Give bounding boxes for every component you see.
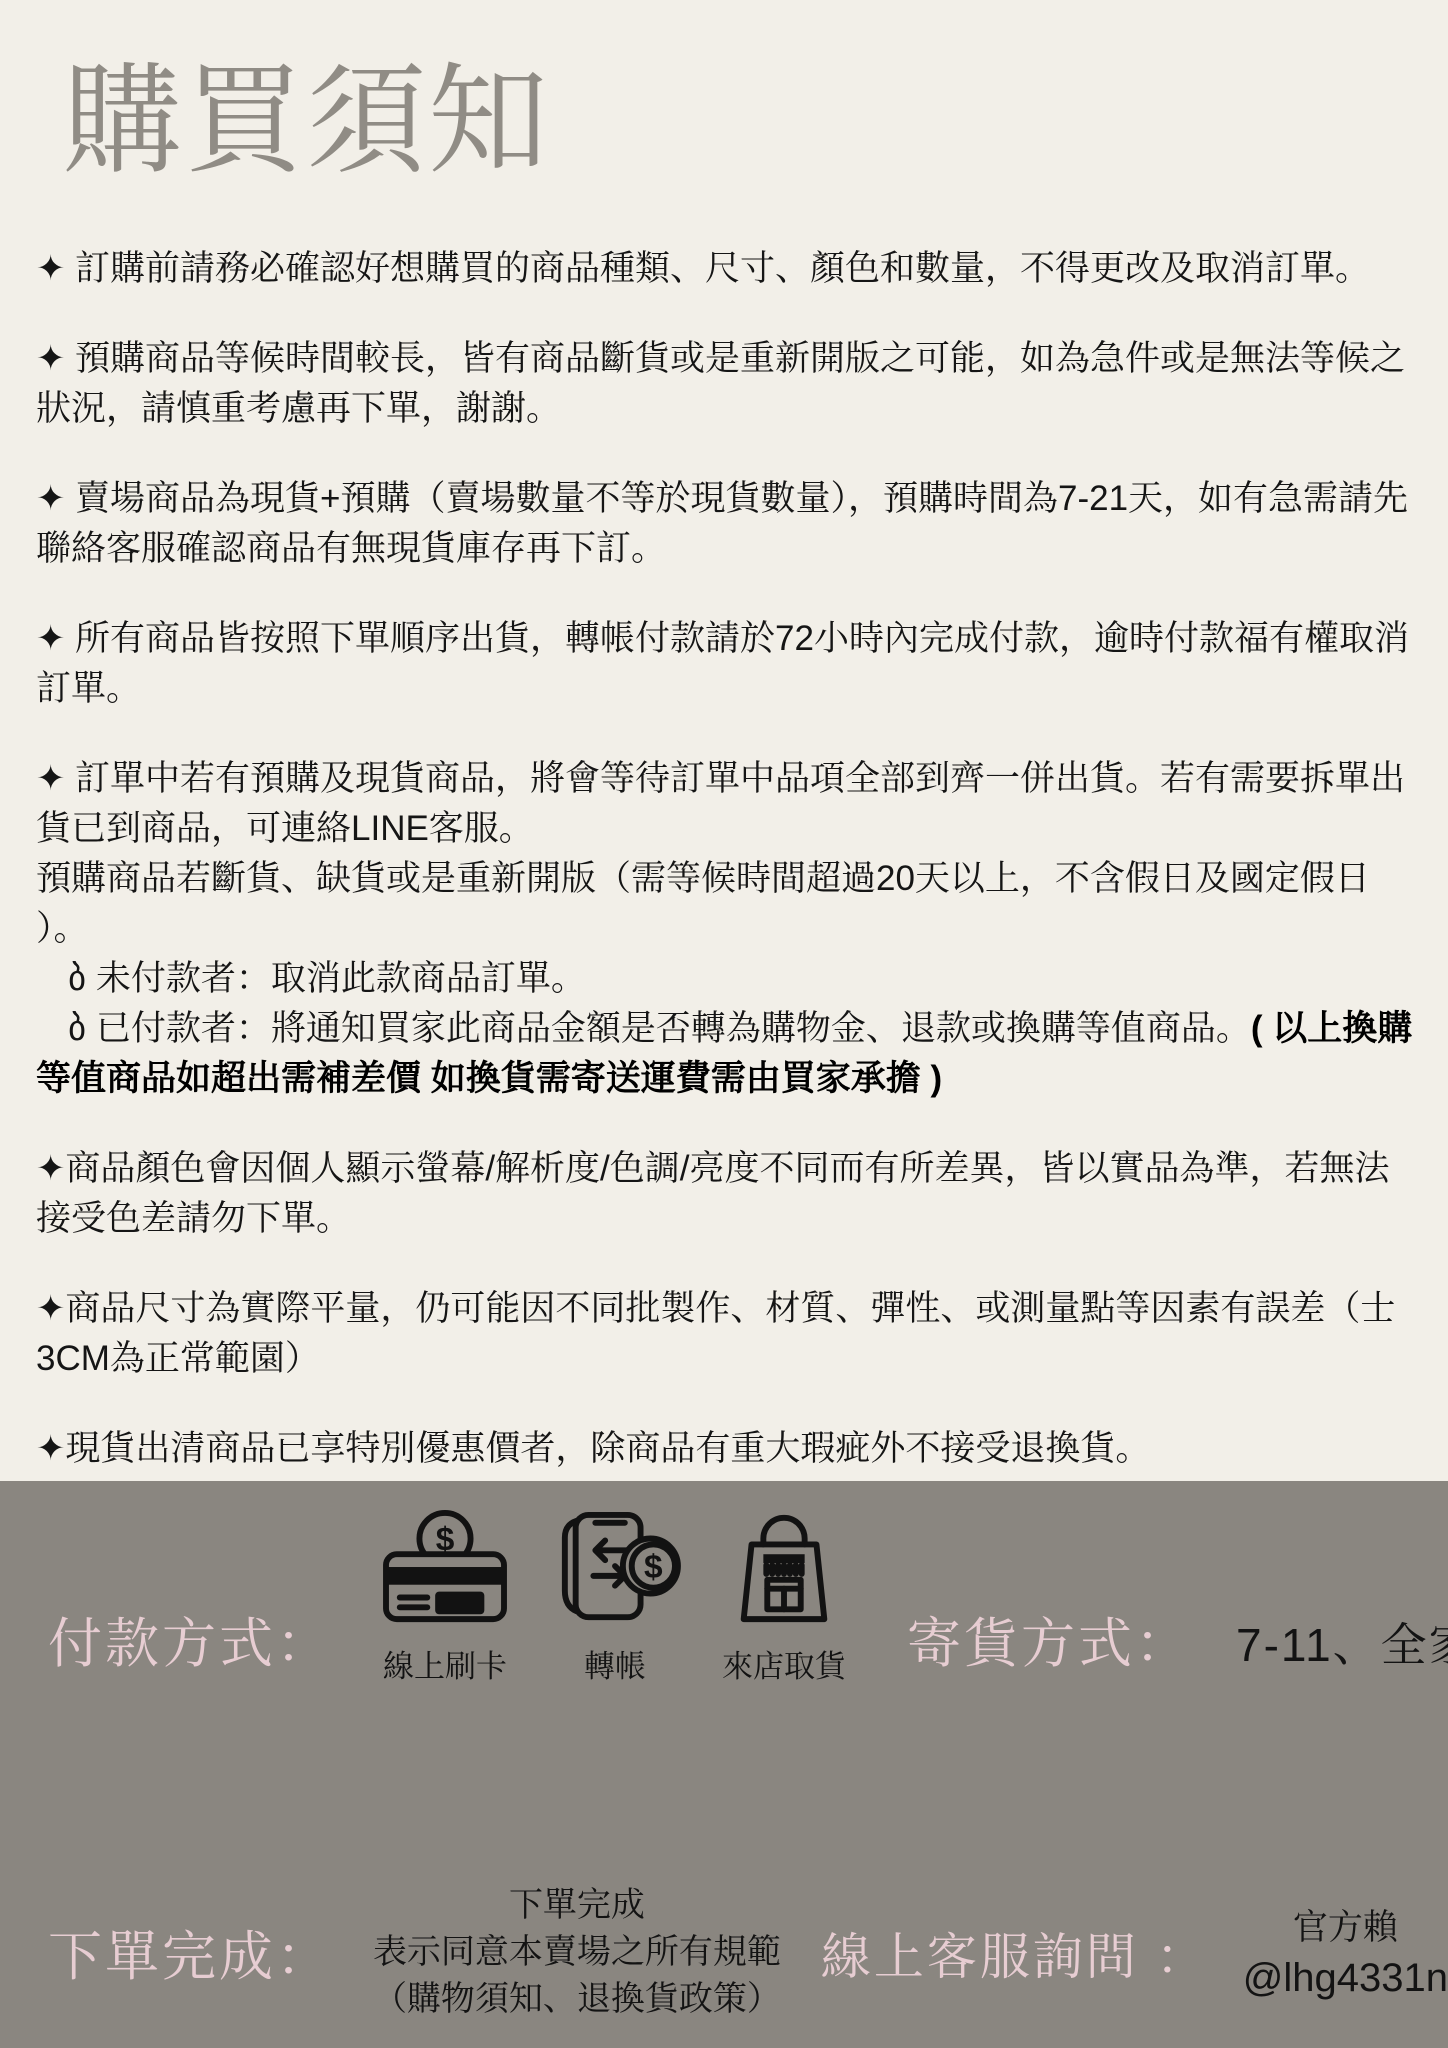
payment-method-transfer: $ 轉帳 — [545, 1509, 685, 1686]
shipping-methods-label: 寄貨方式： — [907, 1601, 1192, 1678]
notice-preorder-outofstock-line: 預購商品若斷貨、缺貨或是重新開版（需等候時間超過20天以上，不含假日及國定假日 — [36, 854, 1420, 904]
notice-content: 購買須知 ✦ 訂購前請務必確認好想購買的商品種類、尺寸、顏色和數量，不得更改及取… — [0, 0, 1448, 1474]
order-note-line: 表示同意本賣場之所有規範 — [363, 1929, 791, 1976]
bag-handle — [763, 1518, 804, 1545]
dollar-sign: $ — [644, 1549, 663, 1586]
payment-method-store-pickup: 來店取貨 — [719, 1509, 849, 1686]
order-agreement-note: 下單完成 表示同意本賣場之所有規範 （購物須知、退換貨政策） — [363, 1882, 791, 2023]
notice-stock-preorder-mix: ✦ 賣場商品為現貨+預購（賣場數量不等於現貨數量），預購時間為7-21天，如有急… — [36, 474, 1420, 574]
notice-paid-rule-text: ბ 已付款者：將通知買家此商品金額是否轉為購物金、退款或換購等值商品。 — [68, 1009, 1251, 1048]
notice-color-difference: ✦商品顏色會因個人顯示螢幕/解析度/色調/亮度不同而有所差異，皆以實品為準，若無… — [36, 1144, 1420, 1244]
line-contact: 官方賴 @lhg4331n — [1243, 1903, 1448, 2003]
phone-transfer-icon: $ — [545, 1509, 685, 1627]
awning-fringe — [766, 1565, 801, 1574]
notice-clearance-no-return: ✦現貨出清商品已享特別優惠價者，除商品有重大瑕疵外不接受退換貨。 — [36, 1424, 1420, 1474]
payment-method-label: 轉帳 — [584, 1641, 646, 1686]
customer-service-label: 線上客服詢問 ： — [821, 1917, 1209, 1989]
notice-size-tolerance: ✦商品尺寸為實際平量，仍可能因不同批製作、材質、彈性、或測量點等因素有誤差（士3… — [36, 1284, 1420, 1384]
notice-split-shipment: ✦ 訂單中若有預購及現貨商品，將會等待訂單中品項全部到齊一併出貨。若有需要拆單出… — [36, 754, 1420, 854]
payment-methods: $ 線上刷卡 — [379, 1509, 883, 1686]
awning-bar — [763, 1554, 804, 1563]
notice-split-shipment-group: ✦ 訂單中若有預購及現貨商品，將會等待訂單中品項全部到齊一併出貨。若有需要拆單出… — [36, 754, 1420, 1104]
purchase-notice-page: 購買須知 ✦ 訂購前請務必確認好想購買的商品種類、尺寸、顏色和數量，不得更改及取… — [0, 0, 1448, 2048]
payment-shipping-row: 付款方式： $ 線上刷卡 — [0, 1481, 1448, 1686]
payment-method-online-card: $ 線上刷卡 — [379, 1509, 511, 1686]
order-service-row: 下單完成： 下單完成 表示同意本賣場之所有規範 （購物須知、退換貨政策） 線上客… — [0, 1882, 1448, 2023]
line-contact-id: @lhg4331n — [1243, 1953, 1448, 2003]
notice-preorder-waiting: ✦ 預購商品等候時間較長，皆有商品斷貨或是重新開版之可能，如為急件或是無法等候之… — [36, 334, 1420, 434]
footer: 付款方式： $ 線上刷卡 — [0, 1481, 1448, 2048]
store-pickup-icon — [719, 1509, 849, 1627]
notice-paid-rule: ბ 已付款者：將通知買家此商品金額是否轉為購物金、退款或換購等值商品。( 以上換… — [36, 1004, 1420, 1104]
order-note-line: 下單完成 — [363, 1882, 791, 1929]
order-complete-label: 下單完成： — [48, 1914, 333, 1991]
notice-order-confirmation: ✦ 訂購前請務必確認好想購買的商品種類、尺寸、顏色和數量，不得更改及取消訂單。 — [36, 244, 1420, 294]
payment-methods-label: 付款方式： — [48, 1601, 333, 1678]
page-title: 購買須知 — [62, 52, 1420, 190]
notice-payment-deadline: ✦ 所有商品皆按照下單順序出貨，轉帳付款請於72小時內完成付款，逾時付款福有權取… — [36, 614, 1420, 714]
notice-preorder-outofstock-end: ）。 — [36, 904, 1420, 954]
notice-unpaid-rule: ბ 未付款者：取消此款商品訂單。 — [36, 954, 1420, 1004]
order-note-line: （購物須知、退換貨政策） — [363, 1976, 791, 2023]
payment-method-label: 線上刷卡 — [383, 1641, 507, 1686]
credit-card-icon: $ — [379, 1509, 511, 1627]
card-stripe — [388, 1567, 502, 1585]
shipping-options: 7-11、全家 — [1236, 1609, 1448, 1675]
line-contact-title: 官方賴 — [1243, 1903, 1448, 1953]
payment-method-label: 來店取貨 — [722, 1641, 846, 1686]
